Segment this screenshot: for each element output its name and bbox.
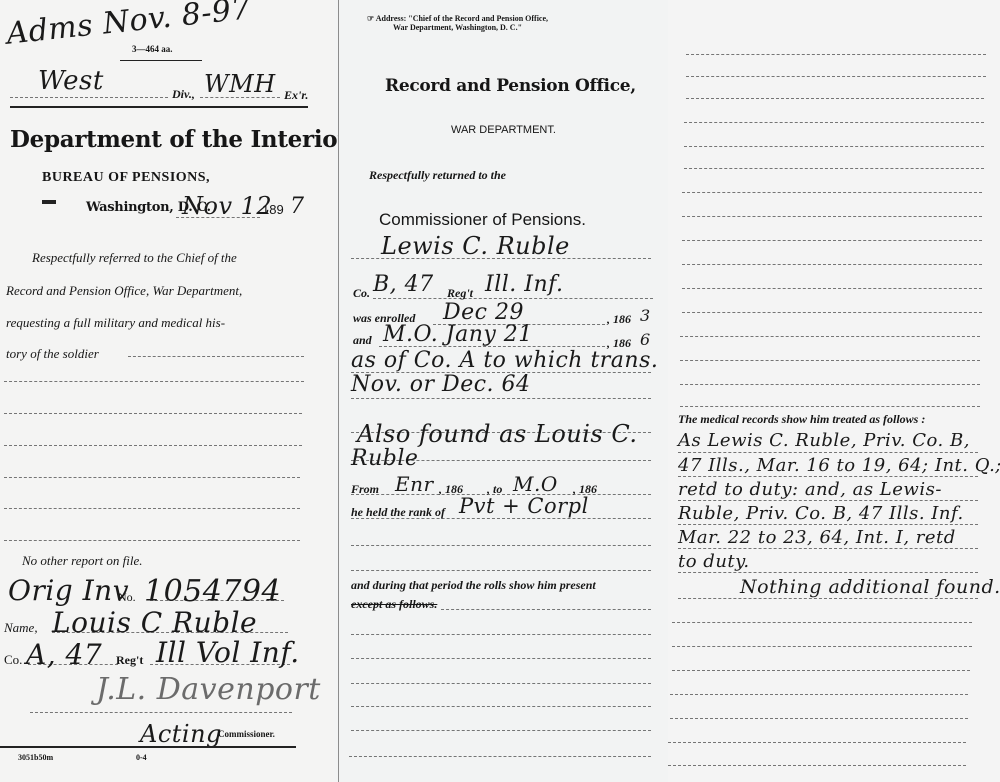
address-note-line-1: Address: "Chief of the Record and Pensio…: [376, 14, 548, 23]
ruled-line: [30, 712, 292, 713]
ruled-line: [682, 216, 982, 217]
enrolled-year-handwritten: 3: [640, 306, 651, 325]
medical-line-5: Mar. 22 to 23, 64, Int. I, retd: [678, 527, 956, 548]
company-handwritten: A, 47: [26, 638, 102, 671]
other-report-note: No other report on file.: [22, 553, 143, 569]
also-found-line-1-handwritten: Also found as Louis C.: [357, 420, 638, 448]
medical-record-panel: The medical records show him treated as …: [668, 0, 1000, 782]
bureau-name: BUREAU OF PENSIONS,: [42, 170, 210, 186]
ruled-line: [4, 381, 304, 382]
medical-line-6: to duty.: [678, 551, 750, 572]
examiner-handwritten: WMH: [204, 70, 276, 98]
name-label: Name,: [4, 620, 38, 636]
ruled-line: [686, 76, 986, 77]
footer-rule: [0, 746, 296, 748]
name-handwritten: Louis C Ruble: [52, 606, 257, 639]
to-handwritten: M.O: [513, 472, 558, 496]
ruled-line: [4, 445, 302, 446]
referral-line-1: Respectfully referred to the Chief of th…: [32, 250, 237, 266]
ruled-line: [686, 54, 986, 55]
short-divider: [120, 60, 202, 61]
ruled-line: [672, 670, 970, 671]
ruled-line: [678, 452, 978, 453]
footer-code: 3051b50m: [18, 753, 53, 762]
company-label: Co.: [353, 286, 370, 301]
medical-line-2: 47 Ills., Mar. 16 to 19, 64; Int. Q.;: [678, 455, 1000, 476]
ruled-line: [678, 548, 978, 549]
ruled-line: [672, 622, 972, 623]
muster-out-year-handwritten: 6: [640, 330, 651, 349]
medical-line-3: retd to duty: and, as Lewis-: [678, 479, 942, 500]
returned-to-label: Respectfully returned to the: [369, 168, 506, 183]
ruled-line: [351, 683, 651, 684]
war-department-return-panel: ☞ Address: "Chief of the Record and Pens…: [338, 0, 669, 782]
department-title: Department of the Interior,: [10, 126, 355, 153]
regiment-handwritten: Ill. Inf.: [485, 272, 563, 297]
office-title: Record and Pension Office,: [385, 76, 636, 96]
division-label: Div.,: [172, 87, 195, 102]
ruled-line: [680, 384, 980, 385]
rolls-statement: and during that period the rolls show hi…: [351, 578, 596, 593]
ruled-line: [684, 122, 984, 123]
referral-line-3: requesting a full military and medical h…: [6, 315, 225, 331]
enrolled-year-prefix: , 186: [607, 312, 631, 327]
ruled-line: [351, 545, 651, 546]
ruled-line: [678, 476, 978, 477]
address-note: ☞ Address: "Chief of the Record and Pens…: [367, 14, 548, 32]
ruled-line: [682, 264, 982, 265]
ruled-line: [668, 742, 966, 743]
ruled-line: [682, 312, 982, 313]
ruled-line: [678, 500, 978, 501]
ruled-line: [682, 192, 982, 193]
commissioner-label: Commissioner.: [218, 729, 275, 739]
acting-handwritten: Acting: [140, 720, 222, 748]
claim-type-handwritten: Orig Inv: [8, 574, 129, 607]
commissioner-of-pensions: Commissioner of Pensions.: [379, 210, 586, 230]
ruled-line: [684, 146, 984, 147]
ruled-line: [680, 406, 980, 407]
ruled-line: [680, 360, 980, 361]
header-rule: [10, 106, 308, 108]
bureau-referral-panel: Adms Nov. 8-97 3—464 aa. West Div., WMH …: [0, 0, 334, 782]
referral-line-4: tory of the soldier: [6, 346, 99, 362]
nothing-additional-found: Nothing additional found.: [740, 576, 1000, 598]
ruled-line: [678, 598, 978, 599]
ruled-line: [4, 413, 302, 414]
ruled-line: [672, 646, 972, 647]
ruled-line: [4, 477, 300, 478]
ruled-line: [668, 765, 966, 766]
ruled-line: [686, 98, 984, 99]
date-handwritten: Nov 12: [182, 192, 272, 220]
war-department-label: WAR DEPARTMENT.: [451, 124, 556, 136]
ruled-line: [680, 336, 980, 337]
ruled-line: [682, 288, 982, 289]
ruled-line: [351, 570, 651, 571]
ruled-line: [128, 356, 304, 357]
ruled-line: [351, 398, 651, 399]
examiner-label: Ex'r.: [284, 88, 308, 103]
transfer-line-1-handwritten: as of Co. A to which trans.: [351, 348, 658, 373]
pointing-hand-icon: ☞: [367, 14, 376, 23]
from-label: From: [351, 482, 379, 497]
ruled-line: [4, 540, 300, 541]
rank-label: he held the rank of: [351, 505, 445, 520]
ruled-line: [684, 168, 984, 169]
except-as-follows-struck: except as follows.: [351, 597, 437, 612]
footer-reference: 0-4: [136, 753, 147, 762]
ruled-line: [678, 524, 978, 525]
also-found-line-2-handwritten: Ruble: [351, 446, 418, 471]
ruled-line: [441, 609, 651, 610]
ruled-line: [670, 694, 968, 695]
handwritten-received-note: Adms Nov. 8-97: [5, 0, 253, 52]
form-code: 3—464 aa.: [132, 44, 173, 54]
and-label: and: [353, 333, 372, 348]
medical-line-4: Ruble, Priv. Co. B, 47 Ills. Inf.: [678, 503, 964, 524]
ruled-line: [678, 572, 978, 573]
ruled-line: [351, 634, 651, 635]
ruled-line: [4, 508, 300, 509]
ruled-line: [351, 730, 651, 731]
division-line: [10, 97, 168, 98]
medical-records-heading: The medical records show him treated as …: [678, 412, 925, 427]
from-handwritten: Enr: [395, 472, 434, 496]
muster-out-handwritten: M.O. Jany 21: [383, 322, 533, 347]
ruled-line: [682, 240, 982, 241]
regiment-handwritten: Ill Vol Inf.: [156, 636, 300, 669]
claim-number-label: No.: [118, 590, 136, 605]
ruled-line: [670, 718, 968, 719]
soldier-name-handwritten: Lewis C. Ruble: [381, 232, 570, 260]
address-note-line-2: War Department, Washington, D. C.": [393, 23, 522, 32]
year-handwritten: 7: [290, 194, 305, 219]
ruled-line: [349, 756, 651, 757]
year-prefix: 189: [262, 202, 284, 217]
transfer-line-2-handwritten: Nov. or Dec. 64: [351, 372, 531, 397]
ruled-line: [351, 658, 651, 659]
signature-handwritten: J.L. Davenport: [96, 672, 321, 707]
regiment-label: Reg't: [447, 286, 473, 301]
rank-handwritten: Pvt + Corpl: [459, 494, 589, 518]
regiment-label: Reg't: [116, 653, 143, 668]
division-handwritten: West: [38, 66, 104, 96]
company-label: Co.: [4, 652, 22, 668]
claim-number-handwritten: 1054794: [144, 574, 281, 609]
ruled-line: [373, 298, 653, 299]
company-handwritten: B, 47: [373, 272, 434, 297]
ink-mark: [42, 200, 56, 204]
referral-line-2: Record and Pension Office, War Departmen…: [6, 283, 242, 299]
examiner-line: [200, 97, 280, 98]
ruled-line: [351, 706, 651, 707]
date-line: [176, 217, 260, 218]
medical-line-1: As Lewis C. Ruble, Priv. Co. B,: [678, 430, 970, 451]
